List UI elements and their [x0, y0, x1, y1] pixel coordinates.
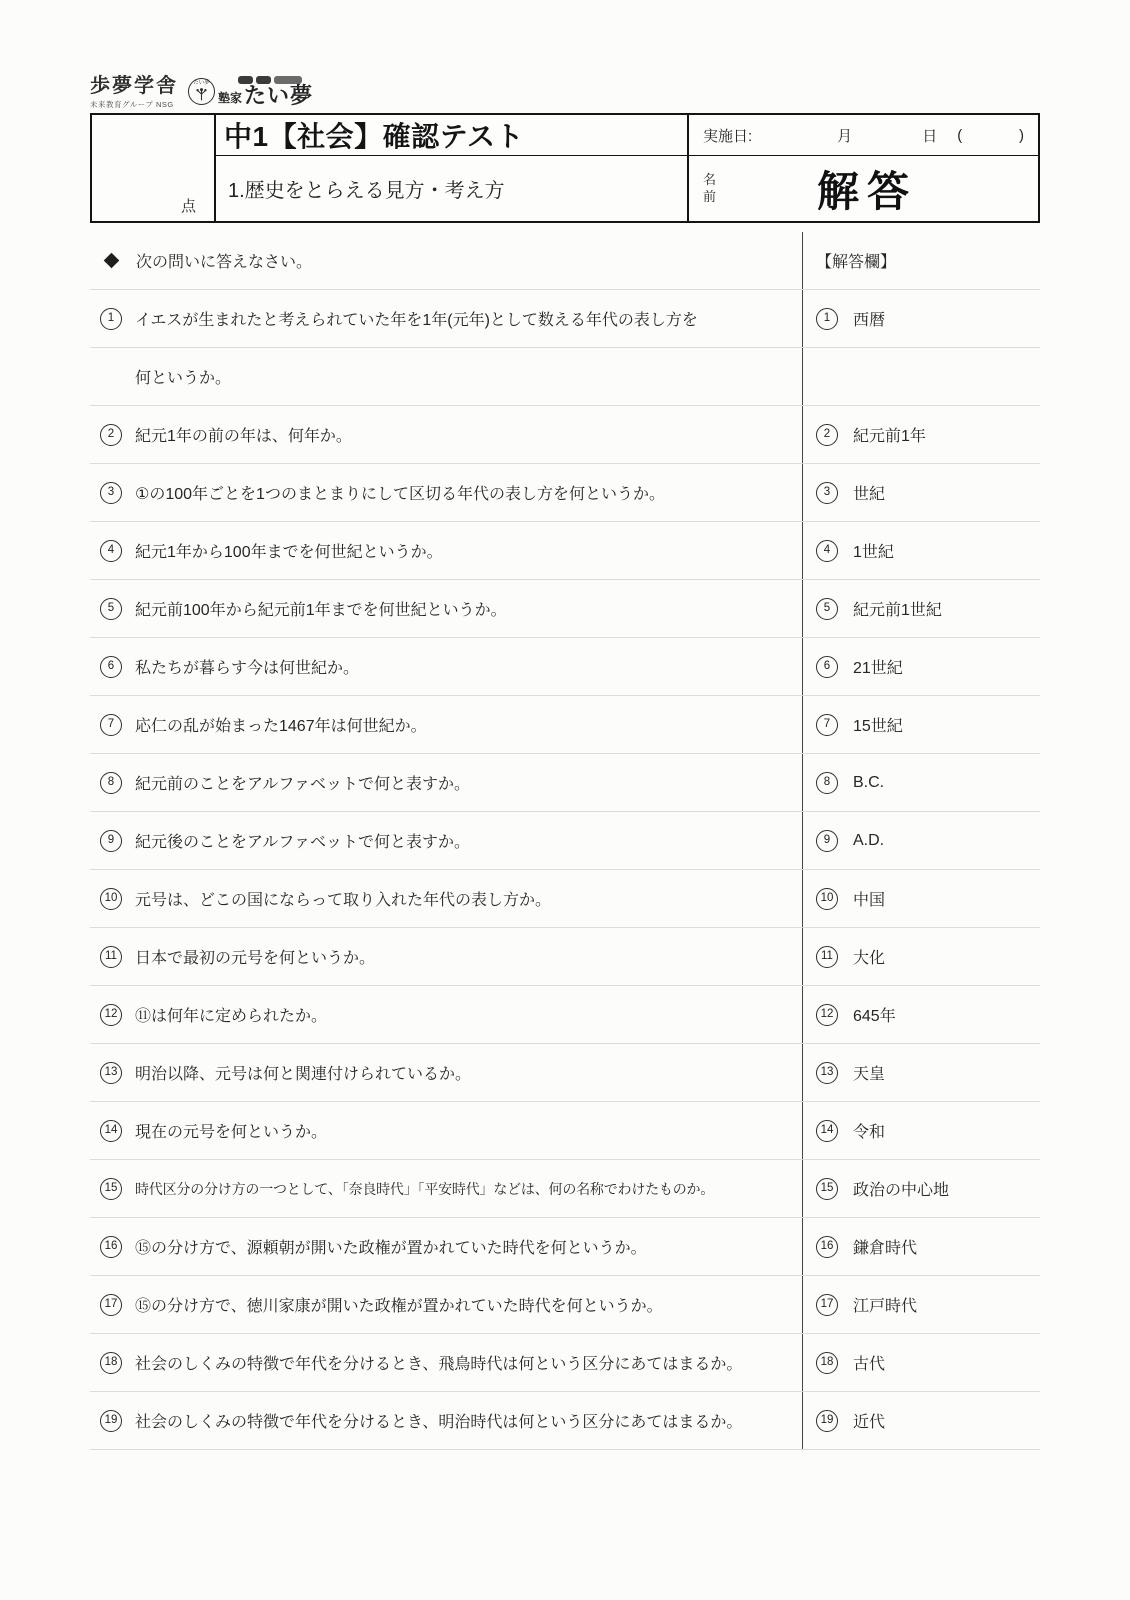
answer-number-1: 1 [816, 308, 838, 330]
question-row-1: 1 イエスが生まれたと考えられていた年を1年(元年)として数える年代の表し方を … [90, 290, 1040, 348]
question-row-13: 13 明治以降、元号は何と関連付けられているか。 13 天皇 [90, 1044, 1040, 1102]
question-text-1: イエスが生まれたと考えられていた年を1年(元年)として数える年代の表し方を [135, 307, 698, 330]
question-text-7: 応仁の乱が始まった1467年は何世紀か。 [135, 713, 427, 736]
answer-number-13: 13 [816, 1062, 838, 1084]
question-row-12: 12 ⑪は何年に定められたか。 12 645年 [90, 986, 1040, 1044]
school-logo: 歩夢学舎 未来教育グループ NSG たい夢 [90, 76, 313, 110]
score-label: 点 [181, 195, 196, 216]
question-text-10: 元号は、どこの国にならって取り入れた年代の表し方か。 [135, 887, 551, 910]
answer-text-16: 鎌倉時代 [853, 1235, 917, 1258]
question-number-19: 19 [100, 1410, 122, 1432]
question-text-9: 紀元後のことをアルファベットで何と表すか。 [135, 829, 470, 852]
answer-number-9: 9 [816, 830, 838, 852]
question-row-8: 8 紀元前のことをアルファベットで何と表すか。 8 B.C. [90, 754, 1040, 812]
weekday-paren-open: ( [957, 127, 962, 144]
question-text-19: 社会のしくみの特徴で年代を分けるとき、明治時代は何という区分にあてはまるか。 [135, 1409, 742, 1432]
answer-text-13: 天皇 [853, 1061, 885, 1084]
answer-number-10: 10 [816, 888, 838, 910]
school-name: 歩夢学舎 [90, 76, 178, 96]
question-text-2: 紀元1年の前の年は、何年か。 [135, 423, 352, 446]
answer-text-14: 令和 [853, 1119, 885, 1142]
weekday-paren-close: ) [1019, 127, 1024, 144]
answer-text-18: 古代 [853, 1351, 885, 1374]
question-number-9: 9 [100, 830, 122, 852]
test-title: 中1【社会】確認テスト [216, 115, 687, 156]
question-number-7: 7 [100, 714, 122, 736]
brand-mark-circle: たい夢 [188, 78, 215, 105]
date-label: 実施日: [703, 125, 752, 146]
answer-text-8: B.C. [853, 774, 884, 792]
question-row-14: 14 現在の元号を何というか。 14 令和 [90, 1102, 1040, 1160]
question-text-18: 社会のしくみの特徴で年代を分けるとき、飛鳥時代は何という区分にあてはまるか。 [135, 1351, 742, 1374]
question-number-18: 18 [100, 1352, 122, 1374]
school-tagline: 未来教育グループ NSG [90, 99, 178, 110]
instruction-text: 次の問いに答えなさい。 [136, 249, 312, 272]
question-row-10: 10 元号は、どこの国にならって取り入れた年代の表し方か。 10 中国 [90, 870, 1040, 928]
answer-number-5: 5 [816, 598, 838, 620]
question-number-10: 10 [100, 888, 122, 910]
brand-prefix: 塾家 [218, 92, 242, 107]
name-label: 名 前 [703, 172, 716, 206]
question-number-4: 4 [100, 540, 122, 562]
question-row-19: 19 社会のしくみの特徴で年代を分けるとき、明治時代は何という区分にあてはまるか… [90, 1392, 1040, 1450]
question-number-13: 13 [100, 1062, 122, 1084]
header-table: 点 中1【社会】確認テスト 1.歴史をとらえる見方・考え方 実施日: 月 日 (… [90, 113, 1040, 223]
question-number-2: 2 [100, 424, 122, 446]
info-column: 実施日: 月 日 ( ) 名 前 解答 [689, 115, 1038, 221]
tree-icon [195, 87, 208, 106]
question-row-15: 15 時代区分の分け方の一つとして、「奈良時代」「平安時代」などは、何の名称でわ… [90, 1160, 1040, 1218]
answer-text-6: 21世紀 [853, 655, 903, 678]
question-number-14: 14 [100, 1120, 122, 1142]
answer-number-2: 2 [816, 424, 838, 446]
question-text-17: ⑮の分け方で、徳川家康が開いた政権が置かれていた時代を何というか。 [135, 1293, 663, 1316]
answer-number-12: 12 [816, 1004, 838, 1026]
question-number-8: 8 [100, 772, 122, 794]
answer-text-10: 中国 [853, 887, 885, 910]
question-text-6: 私たちが暮らす今は何世紀か。 [135, 655, 359, 678]
answer-number-17: 17 [816, 1294, 838, 1316]
instruction-row: 次の問いに答えなさい。 【解答欄】 [90, 232, 1040, 290]
answer-text-9: A.D. [853, 832, 884, 850]
question-text-13: 明治以降、元号は何と関連付けられているか。 [135, 1061, 471, 1084]
question-row-11: 11 日本で最初の元号を何というか。 11 大化 [90, 928, 1040, 986]
question-number-12: 12 [100, 1004, 122, 1026]
question-text-14: 現在の元号を何というか。 [135, 1119, 327, 1142]
answer-text-15: 政治の中心地 [853, 1177, 949, 1200]
question-row-18: 18 社会のしくみの特徴で年代を分けるとき、飛鳥時代は何という区分にあてはまるか… [90, 1334, 1040, 1392]
question-row-16: 16 ⑮の分け方で、源頼朝が開いた政権が置かれていた時代を何というか。 16 鎌… [90, 1218, 1040, 1276]
question-number-17: 17 [100, 1294, 122, 1316]
answer-text-2: 紀元前1年 [853, 423, 926, 446]
answer-cell-empty [802, 348, 1040, 405]
answer-number-15: 15 [816, 1178, 838, 1200]
question-text-11: 日本で最初の元号を何というか。 [135, 945, 375, 968]
question-number-6: 6 [100, 656, 122, 678]
answer-text-1: 西暦 [853, 307, 885, 330]
question-number-11: 11 [100, 946, 122, 968]
question-text-3: ①の100年ごとを1つのまとまりにして区切る年代の表し方を何というか。 [135, 481, 665, 504]
day-label: 日 [922, 125, 937, 146]
school-logo-text: 歩夢学舎 未来教育グループ NSG [90, 76, 178, 110]
answer-key-name: 解答 [716, 159, 1038, 219]
worksheet-page: 歩夢学舎 未来教育グループ NSG たい夢 [0, 0, 1130, 1600]
question-text-15: 時代区分の分け方の一つとして、「奈良時代」「平安時代」などは、何の名称でわけたも… [135, 1179, 714, 1199]
question-row-7: 7 応仁の乱が始まった1467年は何世紀か。 7 15世紀 [90, 696, 1040, 754]
question-text-12: ⑪は何年に定められたか。 [135, 1003, 327, 1026]
answer-number-14: 14 [816, 1120, 838, 1142]
question-row-5: 5 紀元前100年から紀元前1年までを何世紀というか。 5 紀元前1世紀 [90, 580, 1040, 638]
question-row-6: 6 私たちが暮らす今は何世紀か。 6 21世紀 [90, 638, 1040, 696]
question-number-1: 1 [100, 308, 122, 330]
question-row-17: 17 ⑮の分け方で、徳川家康が開いた政権が置かれていた時代を何というか。 17 … [90, 1276, 1040, 1334]
diamond-bullet-icon [104, 253, 120, 269]
answer-text-5: 紀元前1世紀 [853, 597, 942, 620]
answer-number-19: 19 [816, 1410, 838, 1432]
answer-number-7: 7 [816, 714, 838, 736]
answer-number-18: 18 [816, 1352, 838, 1374]
date-field: 実施日: 月 日 ( ) [689, 115, 1038, 156]
name-field: 名 前 解答 [689, 156, 1038, 221]
question-number-3: 3 [100, 482, 122, 504]
answer-text-12: 645年 [853, 1003, 896, 1026]
answer-text-19: 近代 [853, 1409, 885, 1432]
question-text-1-continued: 何というか。 [135, 365, 231, 388]
question-number-5: 5 [100, 598, 122, 620]
brand-block: 塾家 たい夢 [218, 76, 313, 107]
score-cell: 点 [92, 115, 216, 221]
answer-number-6: 6 [816, 656, 838, 678]
answer-text-7: 15世紀 [853, 713, 903, 736]
answer-number-16: 16 [816, 1236, 838, 1258]
question-text-8: 紀元前のことをアルファベットで何と表すか。 [135, 771, 470, 794]
test-subtitle: 1.歴史をとらえる見方・考え方 [216, 156, 687, 221]
question-text-4: 紀元1年から100年までを何世紀というか。 [135, 539, 443, 562]
answer-text-3: 世紀 [853, 481, 885, 504]
question-row-9: 9 紀元後のことをアルファベットで何と表すか。 9 A.D. [90, 812, 1040, 870]
question-text-5: 紀元前100年から紀元前1年までを何世紀というか。 [135, 597, 507, 620]
question-number-15: 15 [100, 1178, 122, 1200]
question-text-16: ⑮の分け方で、源頼朝が開いた政権が置かれていた時代を何というか。 [135, 1235, 647, 1258]
question-row-4: 4 紀元1年から100年までを何世紀というか。 4 1世紀 [90, 522, 1040, 580]
title-column: 中1【社会】確認テスト 1.歴史をとらえる見方・考え方 [216, 115, 689, 221]
answer-text-17: 江戸時代 [853, 1293, 917, 1316]
brand-name: たい夢 [244, 85, 313, 107]
question-row-3: 3 ①の100年ごとを1つのまとまりにして区切る年代の表し方を何というか。 3 … [90, 464, 1040, 522]
questions-table: 次の問いに答えなさい。 【解答欄】 1 イエスが生まれたと考えられていた年を1年… [90, 232, 1040, 1450]
answer-number-8: 8 [816, 772, 838, 794]
answer-number-11: 11 [816, 946, 838, 968]
answer-number-4: 4 [816, 540, 838, 562]
month-label: 月 [837, 125, 852, 146]
answer-number-3: 3 [816, 482, 838, 504]
question-number-16: 16 [100, 1236, 122, 1258]
answer-text-11: 大化 [853, 945, 885, 968]
question-row-1-continued: 何というか。 [90, 348, 1040, 406]
question-row-2: 2 紀元1年の前の年は、何年か。 2 紀元前1年 [90, 406, 1040, 464]
answer-column-header: 【解答欄】 [816, 249, 896, 272]
answer-text-4: 1世紀 [853, 539, 894, 562]
